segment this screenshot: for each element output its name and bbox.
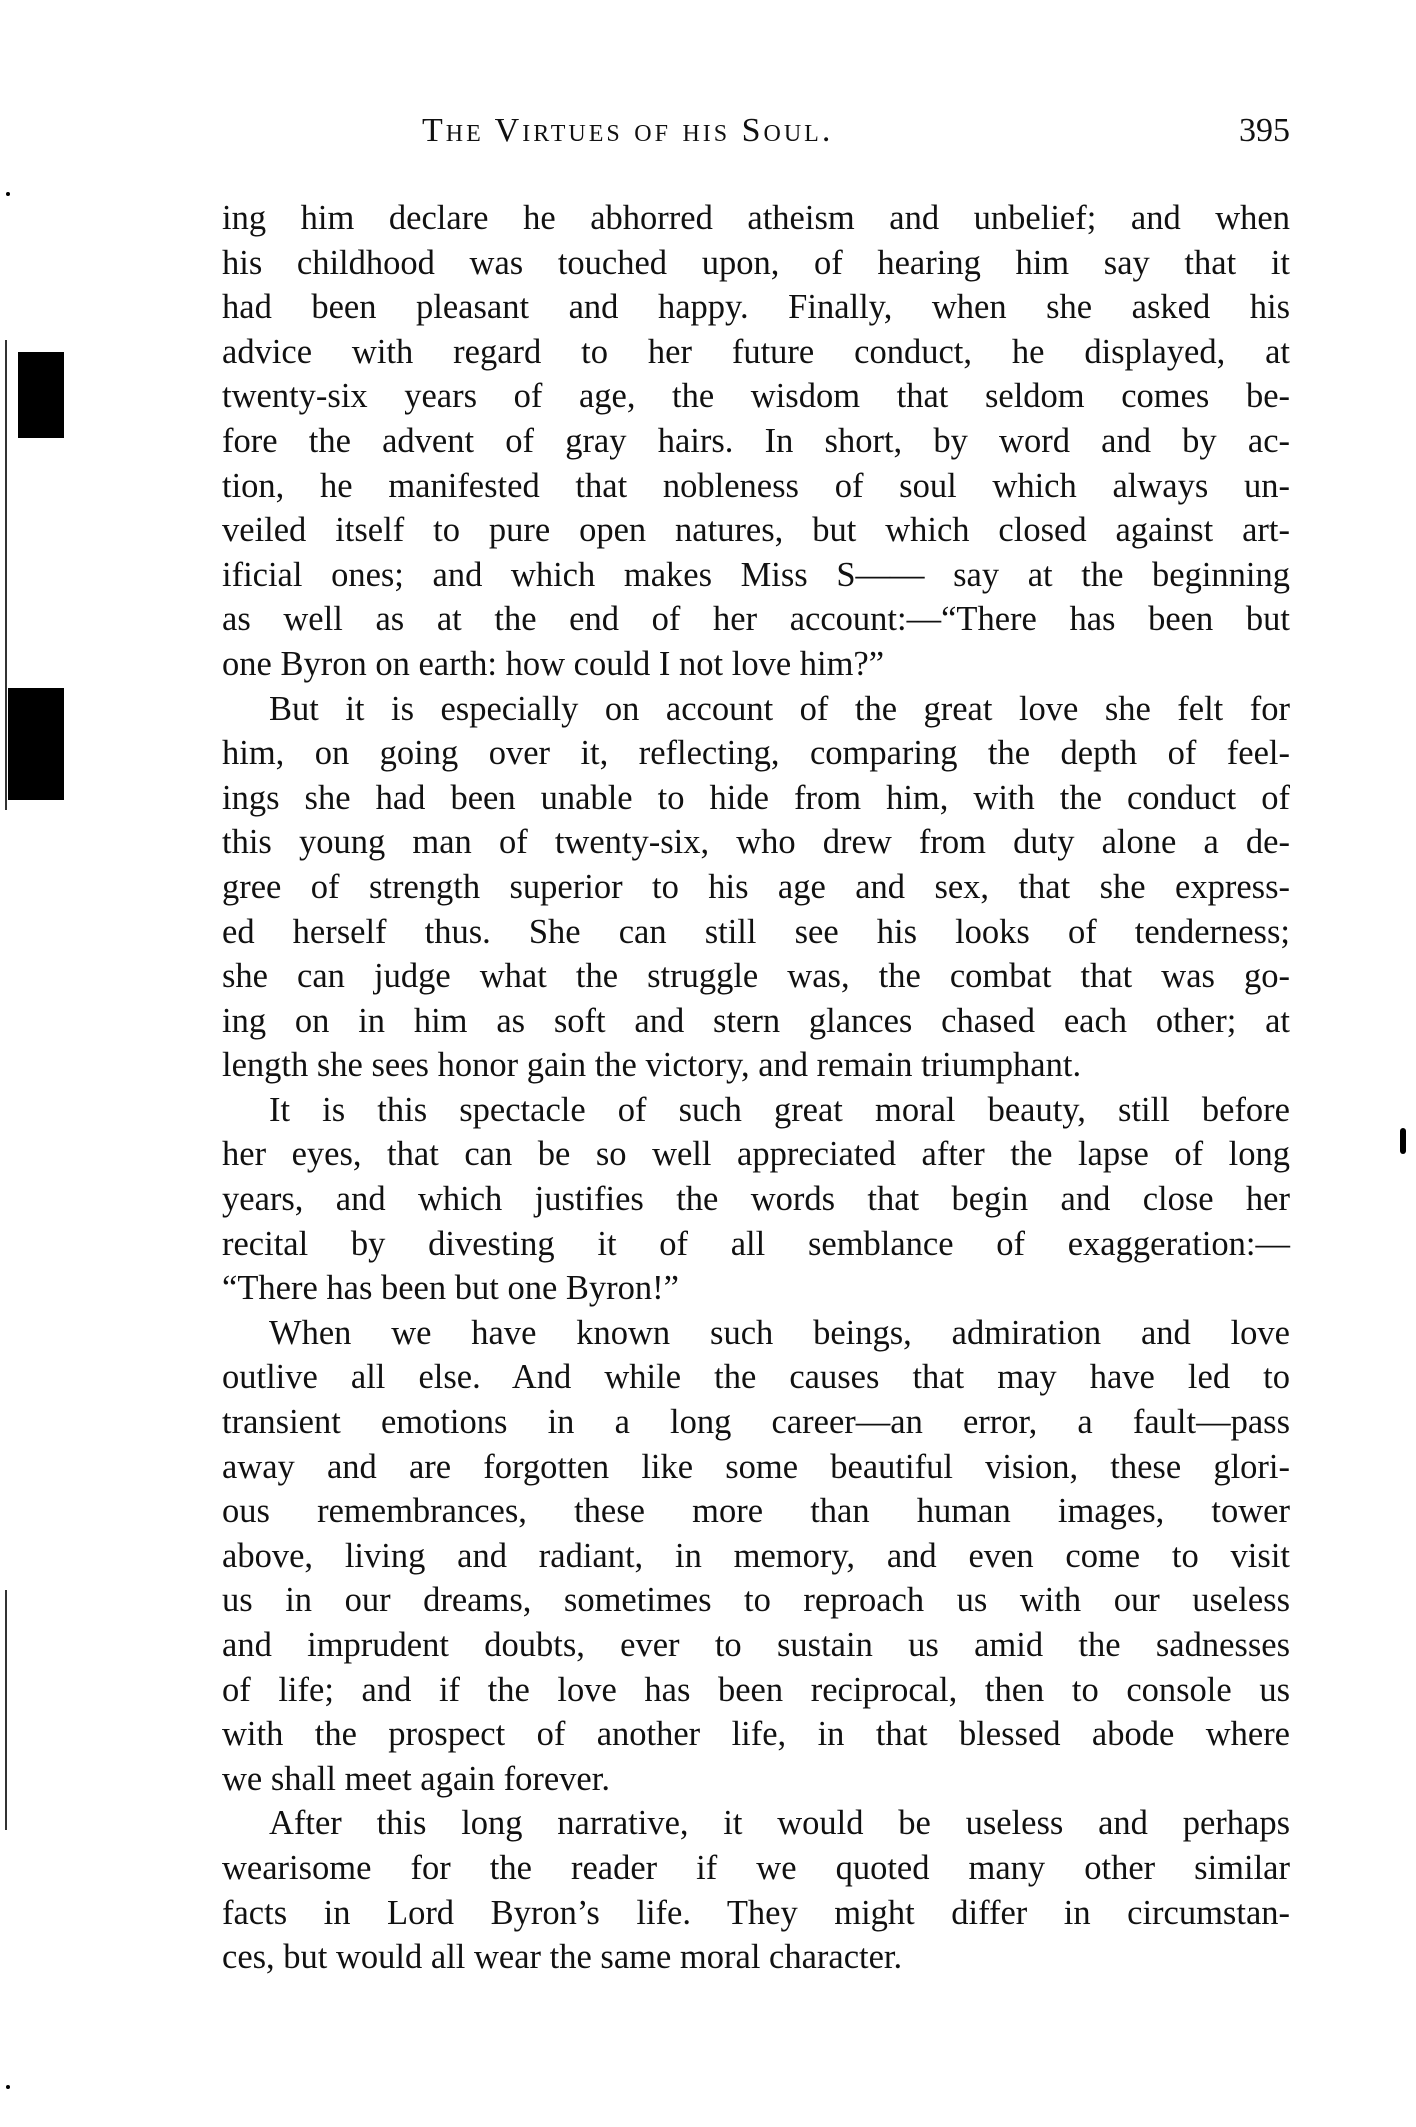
text-line: twenty-six years of age, the wisdom that…: [222, 374, 1290, 419]
scan-edge-line-bottom: [5, 1590, 7, 1830]
book-page: The Virtues of his Soul. 395 ing him dec…: [0, 0, 1416, 2127]
text-line: facts in Lord Byron’s life. They might d…: [222, 1891, 1290, 1936]
text-line: transient emotions in a long career—an e…: [222, 1400, 1290, 1445]
text-line: him, on going over it, reflecting, compa…: [222, 731, 1290, 776]
paragraph: But it is especially on account of the g…: [222, 687, 1290, 1088]
text-line: recital by divesting it of all semblance…: [222, 1222, 1290, 1267]
paragraph: After this long narrative, it would be u…: [222, 1801, 1290, 1979]
text-line: It is this spectacle of such great moral…: [222, 1088, 1290, 1133]
text-line: ed herself thus. She can still see his l…: [222, 910, 1290, 955]
text-line: After this long narrative, it would be u…: [222, 1801, 1290, 1846]
text-line: this young man of twenty-six, who drew f…: [222, 820, 1290, 865]
scan-edge-line: [5, 340, 7, 810]
text-line: outlive all else. And while the causes t…: [222, 1355, 1290, 1400]
text-line: of life; and if the love has been recipr…: [222, 1668, 1290, 1713]
text-line: ing on in him as soft and stern glances …: [222, 999, 1290, 1044]
text-line: years, and which justifies the words tha…: [222, 1177, 1290, 1222]
text-line: with the prospect of another life, in th…: [222, 1712, 1290, 1757]
text-line: his childhood was touched upon, of heari…: [222, 241, 1290, 286]
text-line: But it is especially on account of the g…: [222, 687, 1290, 732]
text-line: ces, but would all wear the same moral c…: [222, 1935, 1290, 1980]
text-line: fore the advent of gray hairs. In short,…: [222, 419, 1290, 464]
text-line: ings she had been unable to hide from hi…: [222, 776, 1290, 821]
running-head: The Virtues of his Soul. 395: [222, 112, 1290, 162]
text-line: gree of strength superior to his age and…: [222, 865, 1290, 910]
scan-artifact-lower: [8, 688, 64, 800]
text-line: wearisome for the reader if we quoted ma…: [222, 1846, 1290, 1891]
text-line: advice with regard to her future conduct…: [222, 330, 1290, 375]
text-line: we shall meet again forever.: [222, 1757, 1290, 1802]
paragraph: It is this spectacle of such great moral…: [222, 1088, 1290, 1311]
text-line: ous remembrances, these more than human …: [222, 1489, 1290, 1534]
scan-speck: [6, 192, 10, 196]
text-line: she can judge what the struggle was, the…: [222, 954, 1290, 999]
text-line: away and are forgotten like some beautif…: [222, 1445, 1290, 1490]
text-line: above, living and radiant, in memory, an…: [222, 1534, 1290, 1579]
text-line: length she sees honor gain the victory, …: [222, 1043, 1290, 1088]
text-line: “There has been but one Byron!”: [222, 1266, 1290, 1311]
running-title: The Virtues of his Soul.: [422, 112, 833, 150]
text-line: ificial ones; and which makes Miss S—— s…: [222, 553, 1290, 598]
text-line: us in our dreams, sometimes to reproach …: [222, 1578, 1290, 1623]
text-line: ing him declare he abhorred atheism and …: [222, 196, 1290, 241]
scan-artifact-right: [1400, 1128, 1406, 1154]
text-line: as well as at the end of her account:—“T…: [222, 597, 1290, 642]
text-line: and imprudent doubts, ever to sustain us…: [222, 1623, 1290, 1668]
text-line: veiled itself to pure open natures, but …: [222, 508, 1290, 553]
text-line: tion, he manifested that nobleness of so…: [222, 464, 1290, 509]
page-number: 395: [1239, 112, 1290, 150]
text-line: her eyes, that can be so well appreciate…: [222, 1132, 1290, 1177]
text-line: When we have known such beings, admirati…: [222, 1311, 1290, 1356]
paragraph: When we have known such beings, admirati…: [222, 1311, 1290, 1802]
scan-speck: [6, 2085, 10, 2089]
paragraph: ing him declare he abhorred atheism and …: [222, 196, 1290, 687]
body-text: ing him declare he abhorred atheism and …: [222, 196, 1290, 1980]
text-line: had been pleasant and happy. Finally, wh…: [222, 285, 1290, 330]
scan-artifact-upper: [18, 352, 64, 438]
text-line: one Byron on earth: how could I not love…: [222, 642, 1290, 687]
